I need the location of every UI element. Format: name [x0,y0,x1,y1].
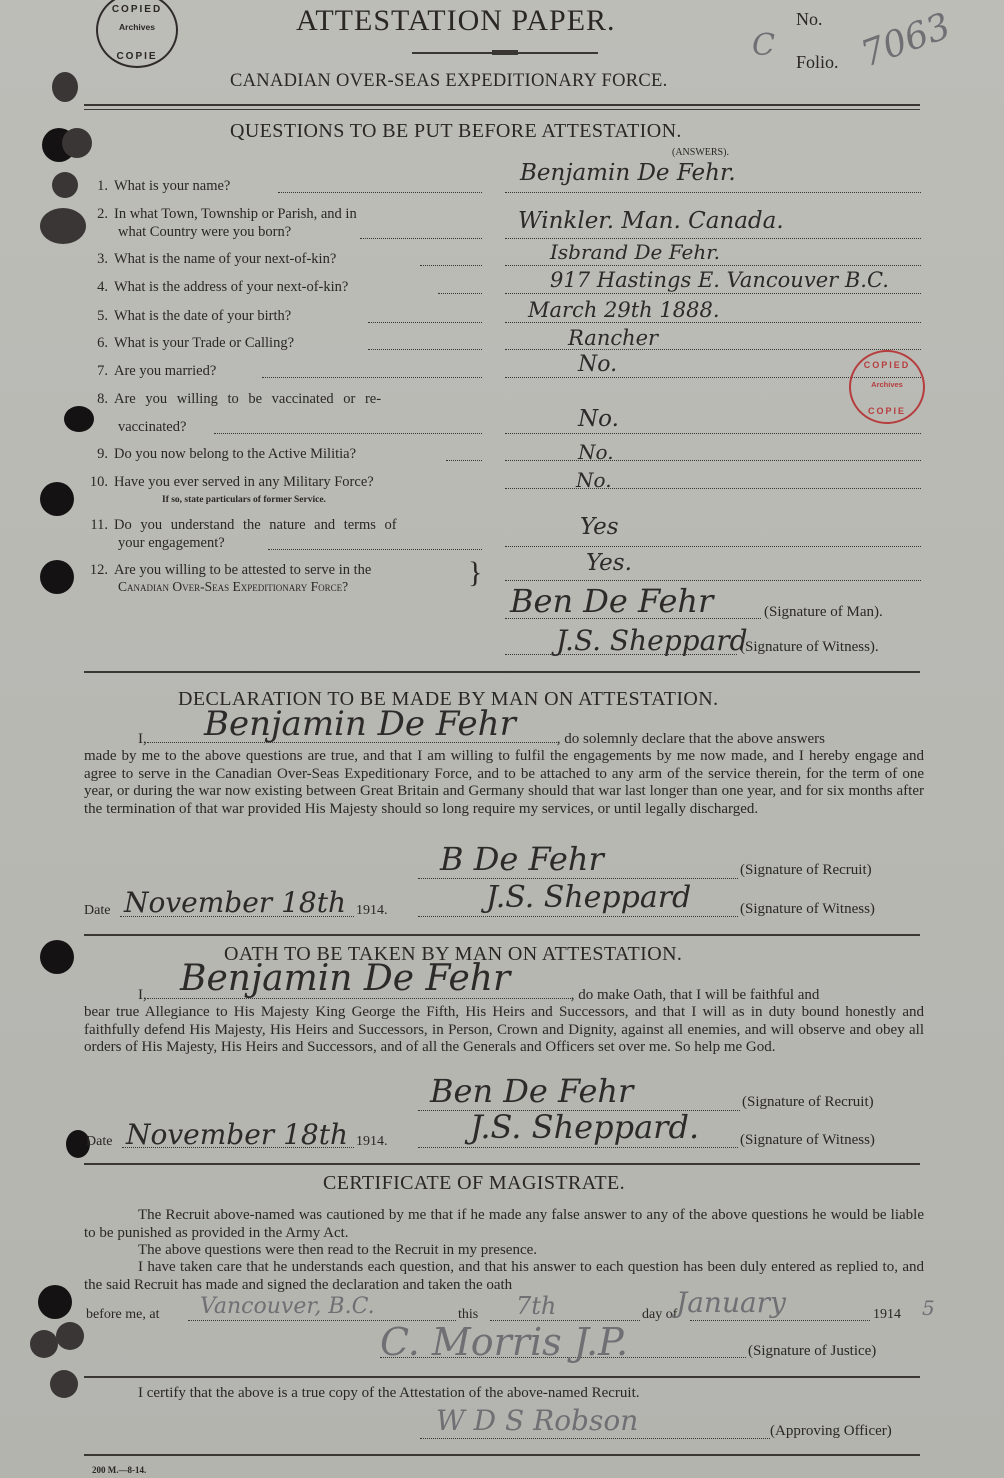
declaration-name: Benjamin De Fehr [204,704,516,744]
leader-dots [420,265,482,266]
question-number: 10. [84,474,108,491]
margin-mark: C [752,28,775,63]
certificate-month: January [676,1286,786,1319]
date-year: 1914. [356,1134,388,1150]
binder-hole [40,208,86,244]
certificate-paragraph-3: I have taken care that he understands ea… [84,1259,924,1294]
attestation-paper-page: COPIED Archives COPIE ATTESTATION PAPER.… [0,0,1004,1478]
question-text: In what Town, Township or Parish, and in [114,206,357,222]
signature-of-approving-officer: W D S Robson [436,1404,638,1437]
certificate-year: 1914 [873,1307,901,1323]
answer-8: No. [578,406,619,432]
declaration-prefix: I, [138,731,147,747]
question-text: What is the address of your next-of-kin? [114,279,348,295]
answers-column-label: (ANSWERS). [672,147,729,158]
binder-hole [40,940,74,974]
signature-of-witness-label: (Signature of Witness) [740,901,875,918]
binder-hole [52,172,78,198]
leader-dots [438,293,482,294]
answer-11: Yes [580,514,619,540]
oath-body: bear true Allegiance to His Majesty King… [84,1004,924,1057]
question-2-line2: what Country were you born? [118,224,291,241]
signature-line [420,1438,770,1439]
leader-dots [368,349,482,350]
question-11-line2: your engagement? [118,535,225,552]
stamp-text-top: COPIED [851,360,923,370]
oath-prefix: I, [138,987,147,1003]
section-divider [84,1163,920,1165]
question-text: What is your name? [114,178,230,194]
question-number: 5. [84,308,108,325]
answer-1: Benjamin De Fehr. [520,160,736,186]
certificate-heading: CERTIFICATE OF MAGISTRATE. [323,1172,625,1195]
declaration-text-start: , do solemnly declare that the above ans… [557,731,825,747]
signature-of-man: Ben De Fehr [510,582,713,620]
section-divider [84,934,920,936]
stamp-text-bottom: COPIE [98,51,176,62]
question-text: Are you willing to be vaccinated or re- [114,391,381,407]
section-divider [84,671,920,673]
binder-hole [40,482,74,516]
declaration-signature-witness: J.S. Sheppard [486,880,691,915]
stamp-text-bottom: COPIE [851,406,923,416]
footer-divider [84,1454,920,1456]
leader-dots [262,377,482,378]
signature-of-witness-label: (Signature of Witness) [740,1132,875,1149]
declaration-date: November 18th [124,886,346,919]
date-label: Date [84,903,110,919]
question-number: 1. [84,178,108,195]
question-number: 9. [84,446,108,463]
question-number: 3. [84,251,108,268]
signature-of-justice: C. Morris J.P. [380,1320,628,1364]
leader-dots [368,322,482,323]
section-divider [84,1376,920,1378]
binder-hole [40,560,74,594]
question-number: 8. [84,391,108,408]
leader-dots [278,192,482,193]
date-label: Date [86,1134,112,1150]
declaration-signature-recruit: B De Fehr [440,840,604,878]
date-year: 1914. [356,903,388,919]
month-line [690,1320,870,1321]
leader-dots [360,238,482,239]
certificate-place: Vancouver, B.C. [200,1294,375,1319]
declaration-body: made by me to the above questions are tr… [84,748,924,818]
signature-of-man-label: (Signature of Man). [764,604,883,621]
leader-dots [446,460,482,461]
question-number: 6. [84,335,108,352]
question-6: 6.What is your Trade or Calling? [84,335,294,352]
certificate-paragraph-2: The above questions were then read to th… [84,1242,924,1260]
year-correction: 5 [922,1296,935,1320]
question-number: 11. [84,517,108,534]
question-text: Do you now belong to the Active Militia? [114,446,356,462]
binder-hole [64,406,94,432]
archives-copied-stamp-red: COPIED Archives COPIE [849,350,925,424]
question-11: 11.Do you understand the nature and term… [84,517,397,534]
question-8: 8.Are you willing to be vaccinated or re… [84,391,381,408]
answer-4: 917 Hastings E. Vancouver B.C. [550,268,889,292]
folio-value: 7063 [856,6,956,76]
certificate-day: 7th [516,1292,556,1320]
oath-signature-witness: J.S. Sheppard. [470,1108,699,1146]
questions-heading: QUESTIONS TO BE PUT BEFORE ATTESTATION. [230,120,682,143]
question-number: 12. [84,562,108,579]
answer-line [505,293,921,294]
oath-text-start: , do make Oath, that I will be faithful … [571,987,820,1003]
binder-hole [38,1285,72,1319]
leader-dots [214,433,482,434]
answer-line [505,546,921,547]
leader-dots [268,549,482,550]
binder-hole [30,1330,58,1358]
question-number: 7. [84,363,108,380]
answer-line [505,265,921,266]
archives-copied-stamp: COPIED Archives COPIE [96,0,178,68]
question-text: Do you understand the nature and terms o… [114,517,397,533]
day-of-label: day of [642,1307,677,1323]
answer-line [505,580,921,581]
signature-of-witness-label: (Signature of Witness). [740,639,879,656]
answer-9: No. [578,440,614,464]
oath-signature-recruit: Ben De Fehr [430,1072,633,1110]
answer-12: Yes. [586,550,632,576]
document-subtitle: CANADIAN OVER-SEAS EXPEDITIONARY FORCE. [230,71,668,92]
question-10-note: If so, state particulars of former Servi… [162,495,326,505]
answer-5: March 29th 1888. [528,298,720,322]
title-ornament-rule [412,52,598,54]
before-me-label: before me, at [86,1307,159,1323]
question-number: 4. [84,279,108,296]
answer-6: Rancher [568,326,658,350]
question-1: 1.What is your name? [84,178,230,195]
answer-line [505,488,921,489]
answer-line [505,238,921,239]
question-4: 4.What is the address of your next-of-ki… [84,279,348,296]
folio-label: Folio. [796,52,839,73]
question-2: 2.In what Town, Township or Parish, and … [84,206,357,223]
stamp-text-middle: Archives [98,22,176,32]
question-10: 10.Have you ever served in any Military … [84,474,374,491]
binder-hole [50,1370,78,1398]
answer-10: No. [576,468,612,492]
question-12-line2: Canadian Over-Seas Expeditionary Force? [118,579,348,595]
answer-3: Isbrand De Fehr. [550,240,720,264]
answer-line [505,460,921,461]
header-divider [84,104,920,106]
question-7: 7.Are you married? [84,363,216,380]
question-text: What is your Trade or Calling? [114,335,294,351]
question-3: 3.What is the name of your next-of-kin? [84,251,336,268]
question-5: 5.What is the date of your birth? [84,308,291,325]
question-9: 9.Do you now belong to the Active Militi… [84,446,356,463]
stamp-text-top: COPIED [98,4,176,15]
oath-date: November 18th [126,1118,348,1151]
approving-officer-label: (Approving Officer) [770,1423,892,1440]
question-text: What is the date of your birth? [114,308,291,324]
stamp-text-middle: Archives [851,380,923,389]
answer-line [505,322,921,323]
signature-line [418,878,738,879]
question-12: 12.Are you willing to be attested to ser… [84,562,371,579]
signature-of-witness: J.S. Sheppard [556,624,748,657]
question-number: 2. [84,206,108,223]
question-text: Are you married? [114,363,216,379]
number-label: No. [796,9,823,30]
question-8-line2: vaccinated? [118,419,186,436]
answer-2: Winkler. Man. Canada. [518,208,784,234]
signature-of-justice-label: (Signature of Justice) [748,1343,876,1360]
answer-line [505,192,921,193]
signature-of-recruit-label: (Signature of Recruit) [742,1094,874,1111]
question-text: What is the name of your next-of-kin? [114,251,336,267]
answer-line [505,433,921,434]
question-text: Are you willing to be attested to serve … [114,562,371,578]
oath-name: Benjamin De Fehr [180,958,510,999]
brace-icon: } [468,556,482,590]
signature-line [418,916,738,917]
binder-hole [56,1322,84,1350]
binder-hole [52,72,78,102]
header-divider [84,109,920,110]
binder-hole [62,128,92,158]
signature-line [418,1147,738,1148]
approval-certification-text: I certify that the above is a true copy … [138,1385,640,1403]
answer-7: No. [578,352,617,377]
document-title: ATTESTATION PAPER. [296,4,616,38]
certificate-paragraph-1: The Recruit above-named was cautioned by… [84,1207,924,1242]
form-print-code: 200 M.—8-14. [92,1465,146,1475]
signature-of-recruit-label: (Signature of Recruit) [740,862,872,879]
question-text: Have you ever served in any Military For… [114,474,374,490]
